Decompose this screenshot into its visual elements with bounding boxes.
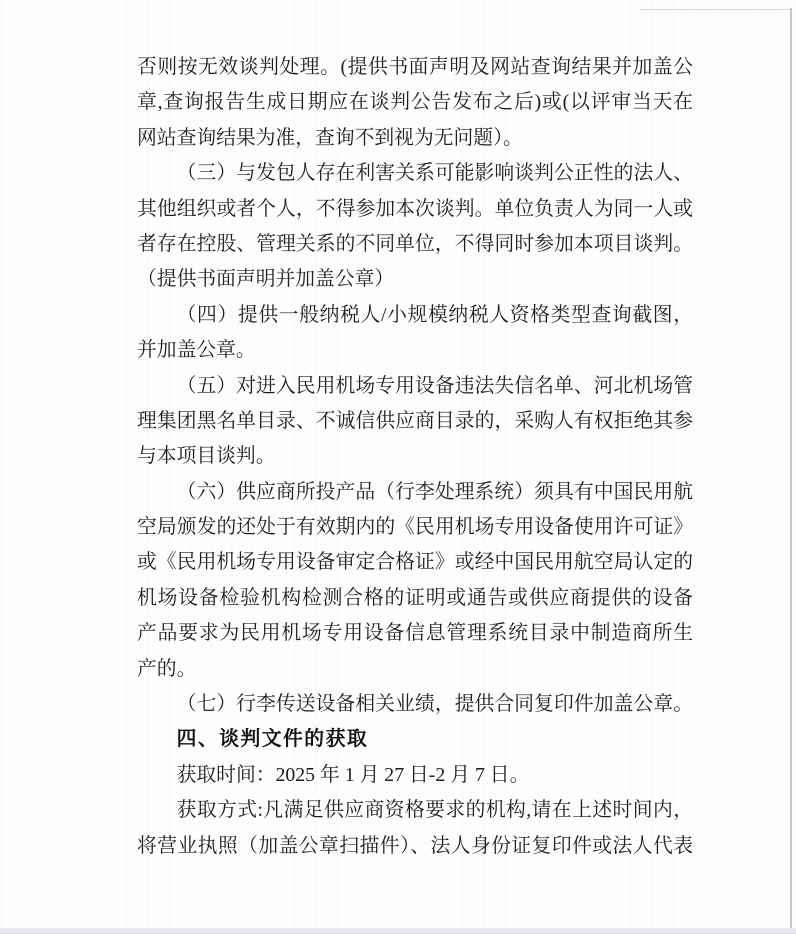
paragraph: （三）与发包人存在利害关系可能影响谈判公正性的法人、其他组织或者个人，不得参加本… — [137, 156, 693, 298]
text-line: 否则按无效谈判处理。(提供书面声明及网站查询结果并加盖公 — [137, 50, 693, 85]
heading-line: 四、谈判文件的获取 — [137, 722, 693, 757]
scanned-document-page: 否则按无效谈判处理。(提供书面声明及网站查询结果并加盖公章,查询报告生成日期应在… — [0, 0, 796, 934]
text-line: 将营业执照（加盖公章扫描件）、法人身份证复印件或法人代表 — [137, 829, 693, 864]
text-line: 机场设备检验机构检测合格的证明或通告或供应商提供的设备 — [137, 581, 693, 616]
paragraph: （四）提供一般纳税人/小规模纳税人资格类型查询截图，并加盖公章。 — [137, 298, 693, 369]
text-line: 获取方式:凡满足供应商资格要求的机构,请在上述时间内， — [137, 793, 693, 828]
text-line: 与本项目谈判。 — [137, 439, 693, 474]
paragraph: （五）对进入民用机场专用设备违法失信名单、河北机场管理集团黑名单目录、不诚信供应… — [137, 369, 693, 475]
scan-corner-artifact-line — [640, 9, 790, 10]
text-line: 者存在控股、管理关系的不同单位，不得同时参加本项目谈判。 — [137, 227, 693, 262]
scan-right-edge-line — [790, 8, 792, 934]
paragraph: 获取方式:凡满足供应商资格要求的机构,请在上述时间内，将营业执照（加盖公章扫描件… — [137, 793, 693, 864]
text-line: 理集团黑名单目录、不诚信供应商目录的，采购人有权拒绝其参 — [137, 404, 693, 439]
scan-bottom-edge-strip — [0, 928, 796, 934]
text-line: （五）对进入民用机场专用设备违法失信名单、河北机场管 — [137, 369, 693, 404]
section-heading: 四、谈判文件的获取 — [137, 722, 693, 757]
text-line: 或《民用机场专用设备审定合格证》或经中国民用航空局认定的 — [137, 545, 693, 580]
document-text-block: 否则按无效谈判处理。(提供书面声明及网站查询结果并加盖公章,查询报告生成日期应在… — [137, 50, 693, 864]
paragraph: 否则按无效谈判处理。(提供书面声明及网站查询结果并加盖公章,查询报告生成日期应在… — [137, 50, 693, 156]
text-line: （七）行李传送设备相关业绩，提供合同复印件加盖公章。 — [137, 687, 693, 722]
text-line: （四）提供一般纳税人/小规模纳税人资格类型查询截图， — [137, 298, 693, 333]
text-line: 获取时间：2025 年 1 月 27 日-2 月 7 日。 — [137, 758, 693, 793]
text-line: 并加盖公章。 — [137, 333, 693, 368]
text-line: 网站查询结果为准，查询不到视为无问题）。 — [137, 121, 693, 156]
text-line: 产品要求为民用机场专用设备信息管理系统目录中制造商所生 — [137, 616, 693, 651]
text-line: （提供书面声明并加盖公章） — [137, 262, 693, 297]
paragraph: 获取时间：2025 年 1 月 27 日-2 月 7 日。 — [137, 758, 693, 793]
text-line: 章,查询报告生成日期应在谈判公告发布之后)或(以评审当天在 — [137, 85, 693, 120]
paragraph: （七）行李传送设备相关业绩，提供合同复印件加盖公章。 — [137, 687, 693, 722]
text-line: （六）供应商所投产品（行李处理系统）须具有中国民用航 — [137, 475, 693, 510]
text-line: （三）与发包人存在利害关系可能影响谈判公正性的法人、 — [137, 156, 693, 191]
paragraph: （六）供应商所投产品（行李处理系统）须具有中国民用航空局颁发的还处于有效期内的《… — [137, 475, 693, 687]
text-line: 产的。 — [137, 652, 693, 687]
text-line: 其他组织或者个人，不得参加本次谈判。单位负责人为同一人或 — [137, 192, 693, 227]
text-line: 空局颁发的还处于有效期内的《民用机场专用设备使用许可证》 — [137, 510, 693, 545]
